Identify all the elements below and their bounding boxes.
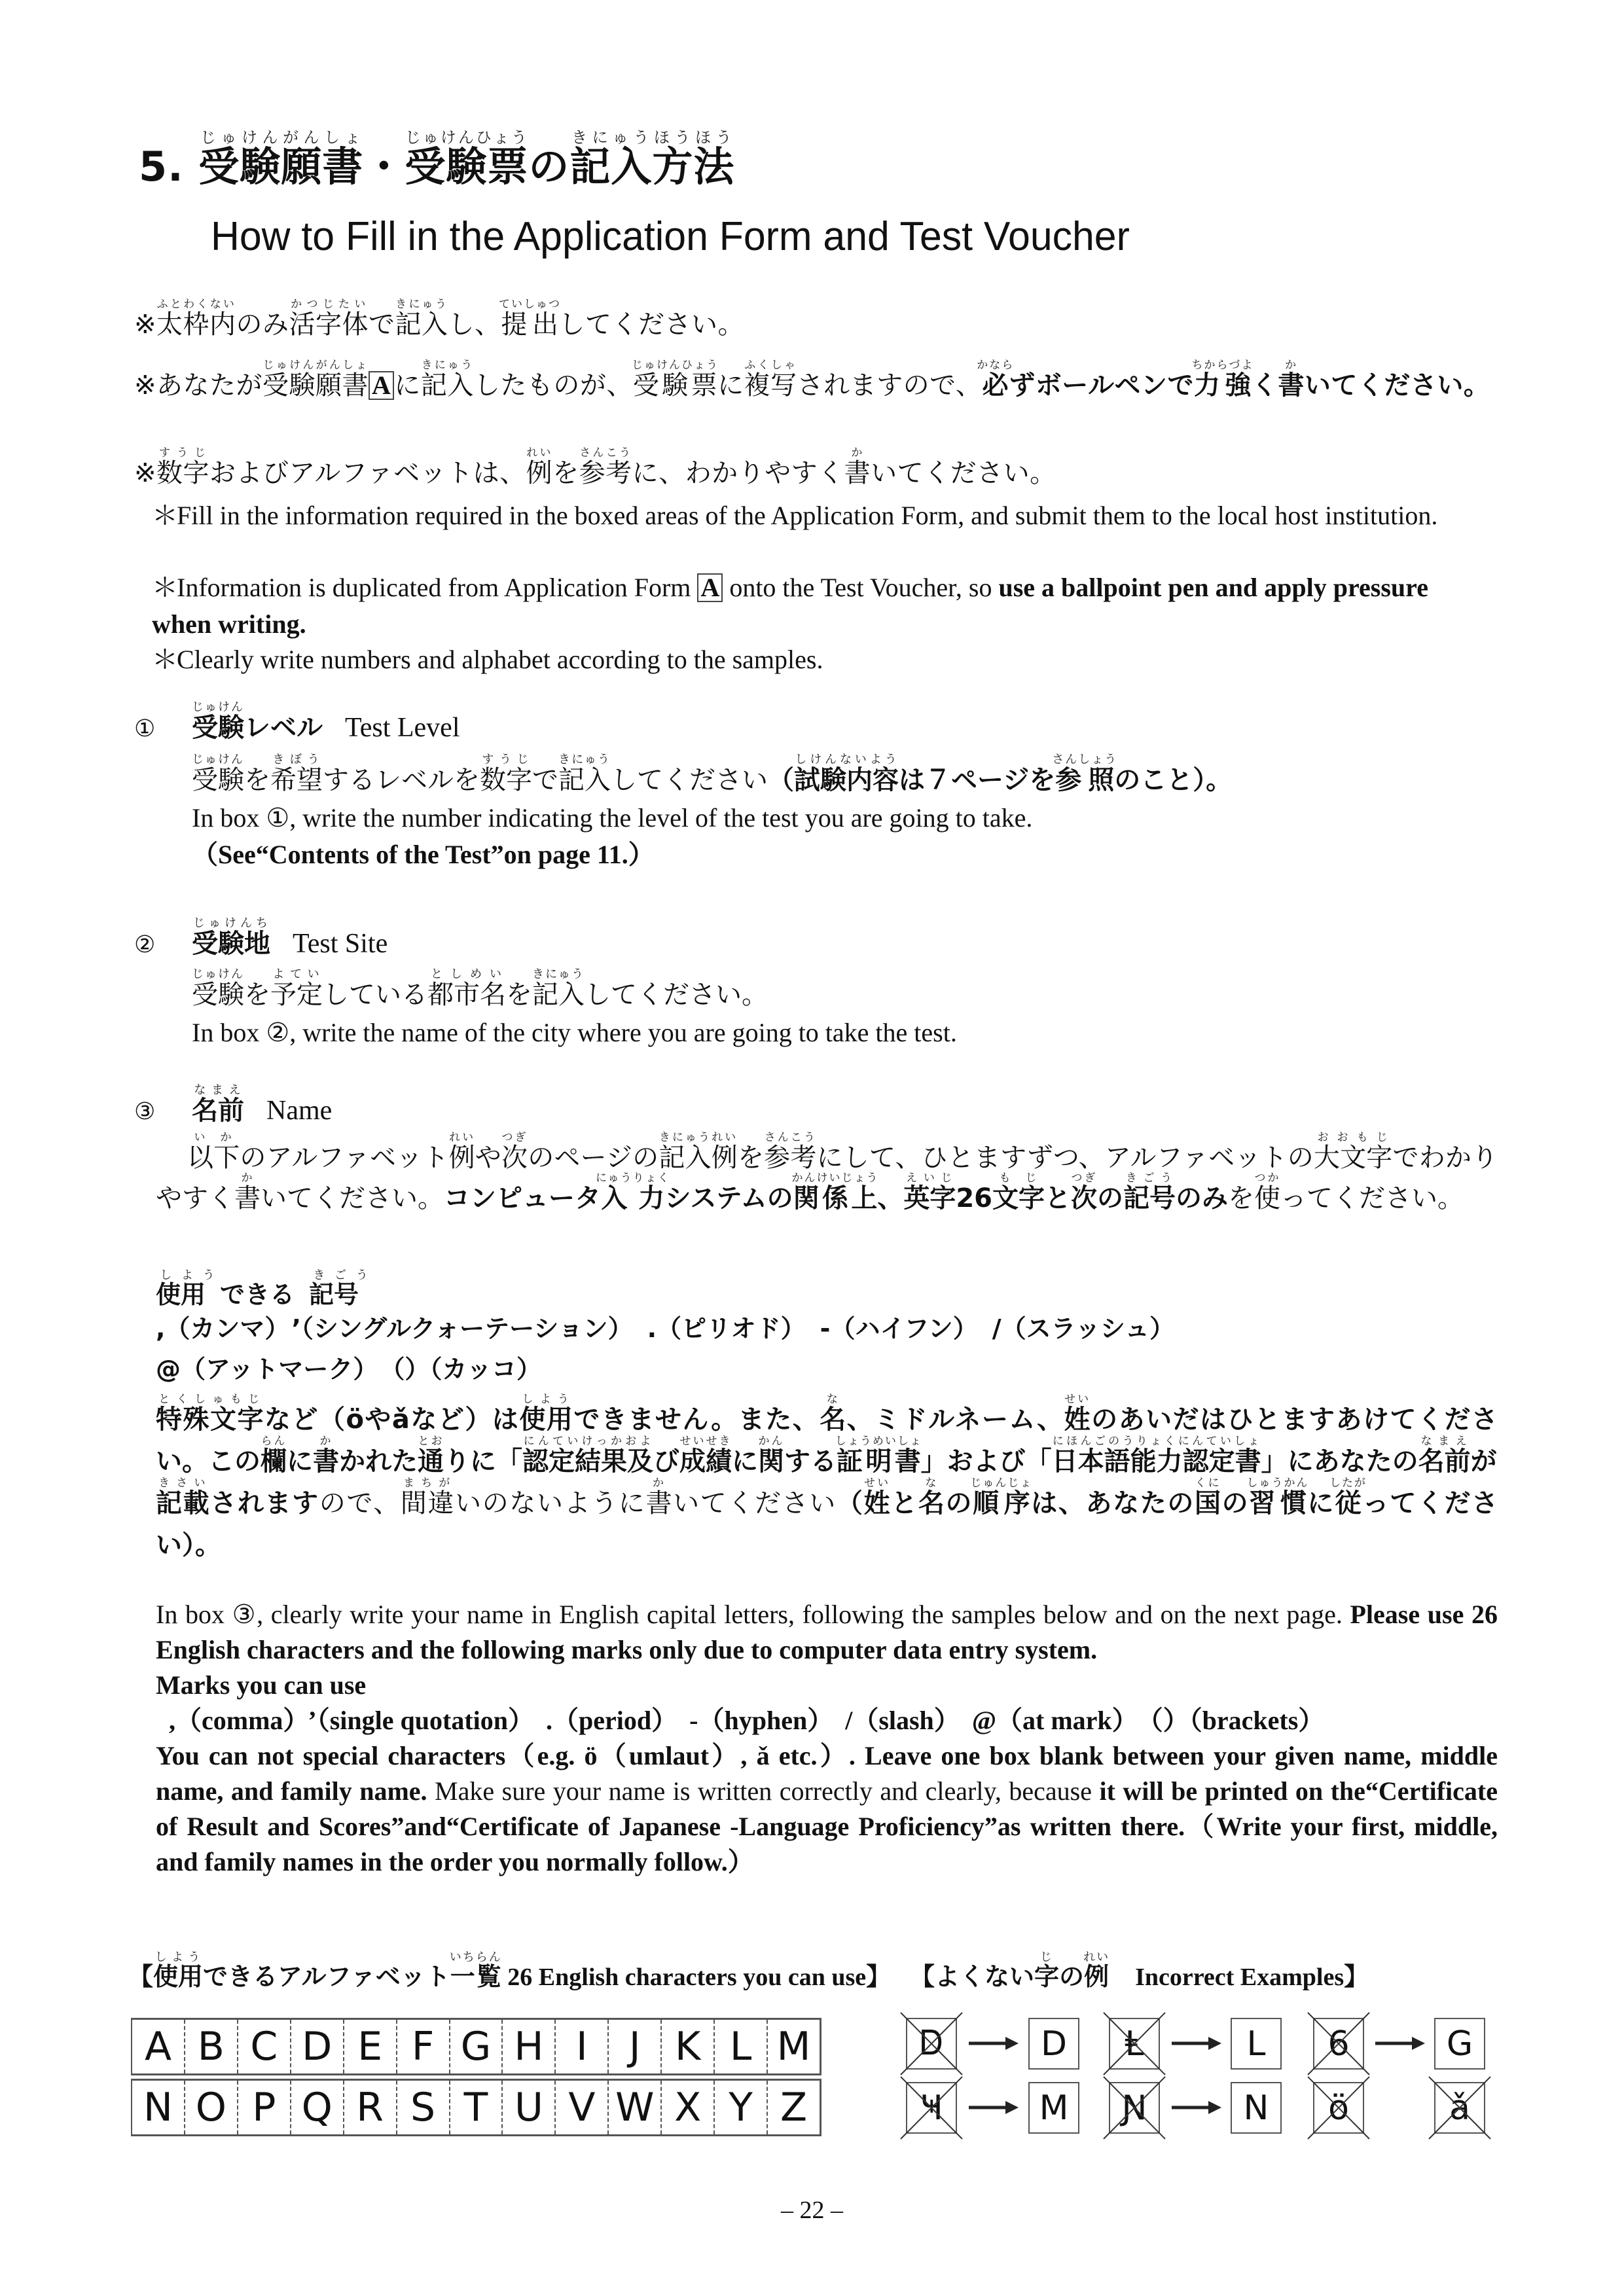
cross-out-icon (901, 2077, 962, 2139)
alphabet-cell: J (609, 2020, 662, 2073)
cross-out-icon (1104, 2013, 1165, 2075)
name-instructions-en: In box ③, clearly write your name in Eng… (156, 1597, 1498, 1880)
correct-example-g: G (1434, 2018, 1485, 2070)
alphabet-cell: R (344, 2081, 397, 2134)
alphabet-row-n-z: N O P Q R S T U V W X Y Z (131, 2079, 821, 2136)
document-page: 5. 受験願書じゅけんがんしょ・受験票じゅけんひょうの記入方法きにゅうほうほう … (0, 0, 1624, 2296)
alphabet-cell: A (132, 2020, 185, 2073)
note-jp-3: ※数字すうじおよびアルファベットは、例れいを参考さんこうに、わかりやすく書かいて… (134, 446, 1056, 490)
alphabet-cell: T (450, 2081, 503, 2134)
marks-list-jp-row2: @（アットマーク）（）（カッコ） (156, 1350, 556, 1389)
alphabet-cell: E (344, 2020, 397, 2073)
alphabet-cell: O (185, 2081, 238, 2134)
section-name-heading: ③名前なまえName (134, 1083, 332, 1132)
alphabet-cell: Y (715, 2081, 768, 2134)
alphabet-cell: N (132, 2081, 185, 2134)
section-test-site-en: In box ②, write the name of the city whe… (192, 1014, 1501, 1051)
alphabet-row-a-m: A B C D E F G H I J K L M (131, 2018, 821, 2075)
arrow-right-icon (1375, 2037, 1425, 2050)
marks-list-jp-row1: ,（カンマ）’（シングルクォーテーション）.（ピリオド）-（ハイフン）/（スラッ… (156, 1309, 1189, 1348)
alphabet-cell: H (503, 2020, 556, 2073)
incorrect-example-m: Ҹ (906, 2082, 957, 2134)
note-jp-2: ※あなたが受験願書じゅけんがんしょAに記入きにゅうしたものが、受験票じゅけんひょ… (134, 359, 1502, 405)
alphabet-cell: Q (291, 2081, 344, 2134)
incorrect-example-umlaut-o: ö (1313, 2082, 1364, 2134)
alphabet-cell: G (450, 2020, 503, 2073)
correct-example-d: D (1028, 2018, 1079, 2070)
alphabet-panel-heading: 【使用しようできるアルファベット一覧いちらん 26 English charac… (128, 1950, 891, 2003)
arrow-right-icon (969, 2037, 1019, 2050)
alphabet-cell: B (185, 2020, 238, 2073)
incorrect-example-breve-a: ǎ (1434, 2082, 1485, 2134)
alphabet-cell: I (556, 2020, 609, 2073)
incorrect-example-n: Ɲ (1109, 2082, 1160, 2134)
cross-out-icon (1308, 2077, 1369, 2139)
alphabet-cell: F (397, 2020, 450, 2073)
alphabet-cell: X (662, 2081, 715, 2134)
alphabet-cell: L (715, 2020, 768, 2073)
correct-example-l: L (1231, 2018, 1282, 2070)
section-test-level-heading: ①受験じゅけんレベルTest Level (134, 700, 460, 749)
arrow-right-icon (1172, 2101, 1221, 2114)
section-title-jp: 5. 受験願書じゅけんがんしょ・受験票じゅけんひょうの記入方法きにゅうほうほう (139, 128, 734, 198)
section-test-level-jp: 受験じゅけんを希望きぼうするレベルを数字すうじで記入きにゅうしてください（試験内… (192, 753, 1501, 800)
alphabet-cell: C (238, 2020, 291, 2073)
marks-heading-jp: 使用しようできる記号きごう (156, 1268, 373, 1314)
cross-out-icon (1429, 2077, 1490, 2139)
incorrect-example-l: Ⱡ (1109, 2018, 1160, 2070)
incorrect-example-g: 6 (1313, 2018, 1364, 2070)
form-a-box-label: A (369, 371, 394, 400)
cross-out-icon (1308, 2013, 1369, 2075)
note-en-2: ＊Information is duplicated from Applicat… (152, 569, 1494, 643)
section-title-en: How to Fill in the Application Form and … (211, 211, 1130, 263)
alphabet-cell: K (662, 2020, 715, 2073)
special-characters-warning-jp: 特殊文字とくしゅもじなど（öやǎなど）は使用しようできません。また、名な、ミドル… (156, 1393, 1498, 1566)
section-test-site-jp: 受験じゅけんを予定よていしている都市名としめいを記入きにゅうしてください。 (192, 967, 1501, 1014)
alphabet-cell: U (503, 2081, 556, 2134)
alphabet-cell: D (291, 2020, 344, 2073)
alphabet-cell: V (556, 2081, 609, 2134)
incorrect-examples-heading: 【よくない字じの例れいIncorrect Examples】 (910, 1950, 1369, 2003)
correct-example-n: N (1231, 2082, 1282, 2134)
section-test-level-en: In box ①, write the number indicating th… (192, 800, 1501, 873)
note-jp-1: ※太枠内ふとわくないのみ活字体かつじたいで記入きにゅうし、提出ていしゅつしてくだ… (134, 298, 744, 342)
arrow-right-icon (969, 2101, 1019, 2114)
alphabet-cell: W (609, 2081, 662, 2134)
alphabet-cell: Z (768, 2081, 820, 2134)
cross-out-icon (1104, 2077, 1165, 2139)
arrow-right-icon (1172, 2037, 1221, 2050)
page-number: – 22 – (0, 2196, 1624, 2225)
correct-example-m: M (1028, 2082, 1079, 2134)
alphabet-cell: M (768, 2020, 820, 2073)
note-en-3: ＊Clearly write numbers and alphabet acco… (152, 641, 1494, 678)
note-en-1: ＊Fill in the information required in the… (152, 497, 1494, 534)
alphabet-cell: P (238, 2081, 291, 2134)
alphabet-cell: S (397, 2081, 450, 2134)
incorrect-example-d: Ꭰ (906, 2018, 957, 2070)
name-instructions-jp: 以下いかのアルファベット例れいや次つぎのページの記入例きにゅうれいを参考さんこう… (156, 1131, 1498, 1219)
cross-out-icon (901, 2013, 962, 2075)
section-test-site-heading: ②受験地じゅけんちTest Site (134, 916, 388, 965)
